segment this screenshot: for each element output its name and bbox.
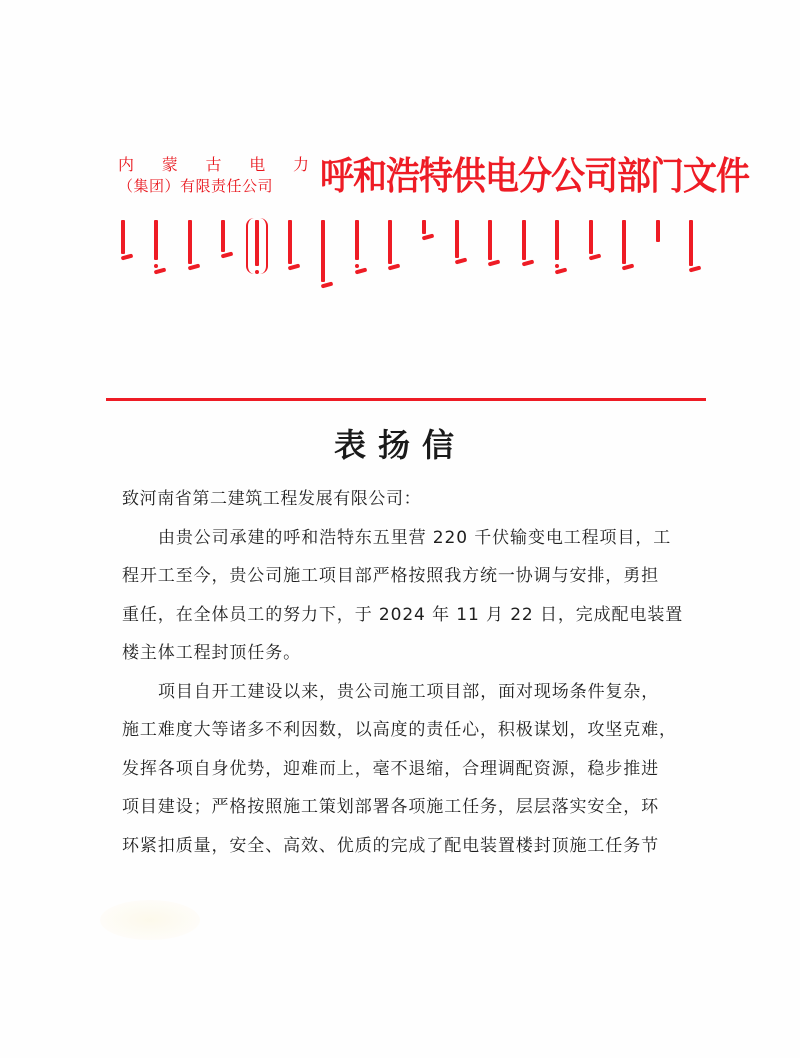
mongolian-word-glyph	[684, 220, 698, 271]
mongolian-word-glyph	[183, 220, 197, 269]
parent-company-name: 内 蒙 古 电 力 （集团）有限责任公司	[118, 155, 313, 197]
mongolian-word-glyph	[283, 220, 297, 269]
mongolian-word-glyph	[216, 220, 230, 257]
mongolian-word-glyph	[116, 220, 130, 259]
mongolian-word-glyph	[316, 220, 330, 287]
paragraph-line: 楼主体工程封顶任务。	[122, 634, 712, 673]
org-char: 力	[293, 155, 309, 175]
mongolian-word-glyph	[584, 220, 598, 259]
mongolian-word-glyph	[149, 220, 163, 273]
mongolian-script-row	[116, 220, 698, 290]
mongolian-word-glyph	[383, 220, 397, 269]
parent-company-line-1: 内 蒙 古 电 力	[118, 155, 313, 175]
paragraph-line: 环紧扣质量，安全、高效、优质的完成了配电装置楼封顶施工任务节	[122, 827, 712, 866]
scan-artifact	[100, 900, 200, 940]
mongolian-word-glyph	[550, 220, 564, 273]
mongolian-word-glyph	[483, 220, 497, 265]
paragraph-2: 项目自开工建设以来，贵公司施工项目部，面对现场条件复杂， 施工难度大等诸多不利因…	[122, 673, 712, 866]
letter-body: 致河南省第二建筑工程发展有限公司： 由贵公司承建的呼和浩特东五里营 220 千伏…	[122, 480, 712, 865]
red-divider-line	[106, 398, 706, 401]
paragraph-1: 由贵公司承建的呼和浩特东五里营 220 千伏输变电工程项目，工 程开工至今，贵公…	[122, 519, 712, 673]
mongolian-word-glyph	[250, 220, 264, 274]
letterhead: 内 蒙 古 电 力 （集团）有限责任公司 呼和浩特供电分公司部门文件	[118, 152, 708, 202]
document-page: 内 蒙 古 电 力 （集团）有限责任公司 呼和浩特供电分公司部门文件	[0, 0, 800, 1058]
document-header-title: 呼和浩特供电分公司部门文件	[320, 152, 749, 201]
paragraph-line: 重任，在全体员工的努力下，于 2024 年 11 月 22 日，完成配电装置	[122, 596, 712, 635]
mongolian-word-glyph	[350, 220, 364, 273]
org-char: 蒙	[162, 155, 178, 175]
mongolian-word-glyph	[517, 220, 531, 265]
mongolian-word-glyph	[651, 220, 665, 242]
letter-title: 表扬信	[0, 423, 800, 467]
paragraph-line: 项目自开工建设以来，贵公司施工项目部，面对现场条件复杂，	[122, 673, 712, 712]
mongolian-word-glyph	[617, 220, 631, 269]
org-char: 古	[205, 155, 221, 175]
paragraph-line: 程开工至今，贵公司施工项目部严格按照我方统一协调与安排，勇担	[122, 557, 712, 596]
parent-company-line-2: （集团）有限责任公司	[118, 175, 313, 197]
mongolian-word-glyph	[450, 220, 464, 263]
mongolian-word-glyph	[417, 220, 431, 239]
org-char: 内	[118, 155, 134, 175]
paragraph-line: 项目建设；严格按照施工策划部署各项施工任务，层层落实安全，环	[122, 788, 712, 827]
paragraph-line: 施工难度大等诸多不利因数，以高度的责任心，积极谋划，攻坚克难，	[122, 711, 712, 750]
paragraph-line: 由贵公司承建的呼和浩特东五里营 220 千伏输变电工程项目，工	[122, 519, 712, 558]
salutation: 致河南省第二建筑工程发展有限公司：	[122, 480, 712, 519]
paragraph-line: 发挥各项自身优势，迎难而上，毫不退缩，合理调配资源，稳步推进	[122, 750, 712, 789]
org-char: 电	[249, 155, 265, 175]
